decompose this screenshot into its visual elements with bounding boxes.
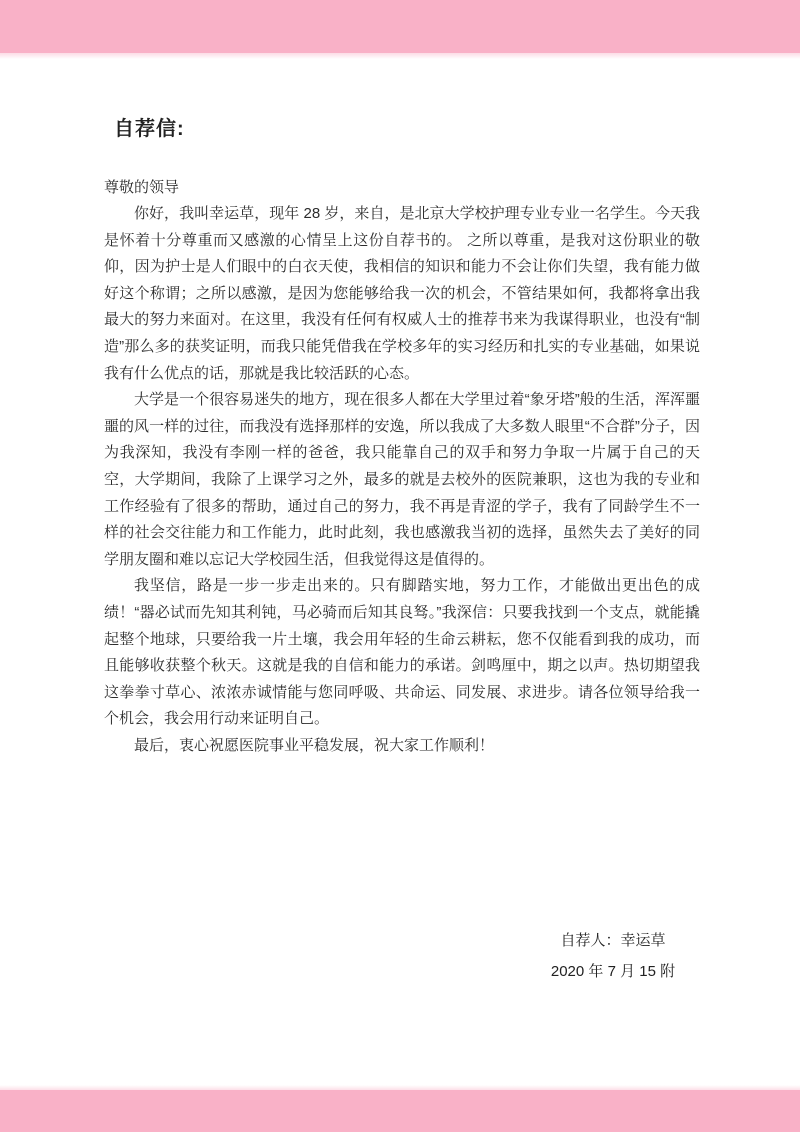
header-pink-band <box>0 0 800 53</box>
salutation: 尊敬的领导 <box>104 176 179 197</box>
letter-body: 你好，我叫幸运草，现年 28 岁，来自，是北京大学校护理专业专业一名学生。今天我… <box>104 201 700 759</box>
letter-paragraph: 最后，衷心祝愿医院事业平稳发展，祝大家工作顺利！ <box>104 733 700 760</box>
document-title: 自荐信: <box>114 112 185 141</box>
footer-pink-band <box>0 1090 800 1132</box>
letter-page: 自荐信: 尊敬的领导 你好，我叫幸运草，现年 28 岁，来自，是北京大学校护理专… <box>0 0 800 1132</box>
signature-name: 自荐人：幸运草 <box>493 925 733 956</box>
letter-paragraph: 大学是一个很容易迷失的地方，现在很多人都在大学里过着“象牙塔”般的生活，浑浑噩噩… <box>104 387 700 573</box>
header-band-fade <box>0 53 800 59</box>
signature-date: 2020 年 7 月 15 附 <box>493 956 733 987</box>
letter-paragraph: 你好，我叫幸运草，现年 28 岁，来自，是北京大学校护理专业专业一名学生。今天我… <box>104 201 700 387</box>
signature-block: 自荐人：幸运草 2020 年 7 月 15 附 <box>493 925 733 987</box>
letter-paragraph: 我坚信，路是一步一步走出来的。只有脚踏实地，努力工作，才能做出更出色的成绩！“器… <box>104 573 700 733</box>
